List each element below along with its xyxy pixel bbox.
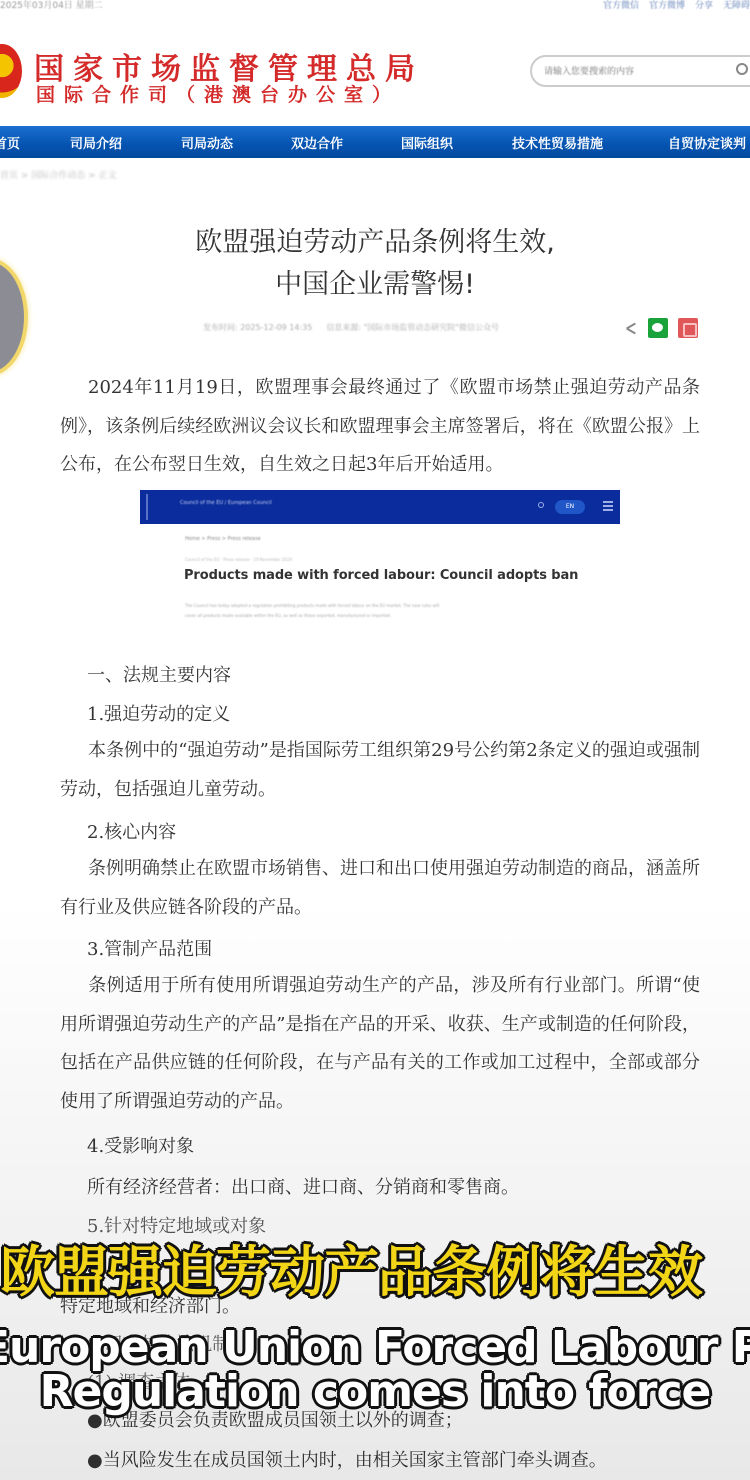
nav-item-fta[interactable]: 自贸协定谈判 bbox=[668, 133, 746, 152]
eu-body-text: The Council has today adopted a regulati… bbox=[185, 601, 445, 621]
weibo-link[interactable]: 官方微博 bbox=[649, 0, 685, 11]
subheading-definition: 1.强迫劳动的定义 bbox=[87, 700, 230, 726]
eu-breadcrumb: Home > Press > Press release bbox=[185, 536, 261, 542]
eu-headline: Products made with forced labour: Counci… bbox=[184, 568, 578, 583]
subheading-affected-parties: 4.受影响对象 bbox=[87, 1132, 194, 1158]
bullet-national-authority: ●当风险发生在成员国领土内时，由相关国家主管部门牵头调查。 bbox=[87, 1446, 607, 1472]
nav-item-tbt[interactable]: 技术性贸易措施 bbox=[512, 133, 603, 152]
intro-paragraph: 2024年11月19日，欧盟理事会最终通过了《欧盟市场禁止强迫劳动产品条例》，该… bbox=[60, 369, 700, 485]
dept-name: 国际合作司（港澳台办公室） bbox=[36, 80, 400, 107]
title-line-1: 欧盟强迫劳动产品条例将生效, bbox=[0, 222, 750, 264]
nav-item-bilateral[interactable]: 双边合作 bbox=[291, 133, 343, 152]
nav-item-news[interactable]: 司局动态 bbox=[181, 133, 233, 152]
caption-chinese: 欧盟强迫劳动产品条例将生效 bbox=[0, 1228, 750, 1307]
eu-org-name: Council of the EU / European Council bbox=[180, 500, 272, 507]
source: "国际市场监管动态研究院"微信公众号 bbox=[364, 323, 499, 332]
nav-item-intl-orgs[interactable]: 国际组织 bbox=[401, 133, 453, 152]
accessibility-link[interactable]: 无障碍 bbox=[723, 0, 750, 11]
paragraph-core-content: 条例明确禁止在欧盟市场销售、进口和出口使用强迫劳动制造的商品，涵盖所有行业及供应… bbox=[60, 850, 700, 927]
weibo-share-icon[interactable] bbox=[678, 318, 698, 338]
article-meta: 发布时间: 2025-12-09 14:35 信息来源: "国际市场监管动态研究… bbox=[203, 322, 499, 333]
national-emblem-icon bbox=[0, 44, 22, 98]
embedded-eu-press-image: Council of the EU / European Council EN … bbox=[140, 490, 620, 645]
nav-item-home[interactable]: 首页 bbox=[0, 133, 20, 152]
share-icon[interactable] bbox=[624, 321, 638, 335]
eu-search-icon bbox=[538, 502, 544, 508]
site-header: 国家市场监督管理总局 国际合作司（港澳台办公室） bbox=[0, 30, 750, 120]
eu-header-bar: Council of the EU / European Council EN bbox=[140, 490, 620, 524]
share-bar bbox=[624, 318, 698, 338]
eu-menu-icon bbox=[603, 501, 613, 511]
top-utility-bar: 2025年03月04日 星期二 官方微信 官方微博 分享 无障碍 bbox=[0, 0, 750, 12]
eu-council-logo-icon bbox=[146, 494, 156, 520]
source-label: 信息来源: bbox=[326, 323, 361, 332]
wechat-share-icon[interactable] bbox=[648, 318, 668, 338]
section-heading-main-content: 一、法规主要内容 bbox=[87, 661, 231, 687]
share-link[interactable]: 分享 bbox=[695, 0, 713, 11]
paragraph-affected-parties: 所有经济经营者：出口商、进口商、分销商和零售商。 bbox=[87, 1173, 519, 1199]
title-line-2: 中国企业需警惕! bbox=[0, 264, 750, 306]
search-box[interactable] bbox=[530, 55, 750, 87]
eu-language-selector: EN bbox=[555, 500, 585, 514]
publish-time: 2025-12-09 14:35 bbox=[240, 323, 312, 332]
paragraph-product-scope: 条例适用于所有使用所谓强迫劳动生产的产品，涉及所有行业部门。所谓“使用所谓强迫劳… bbox=[60, 967, 700, 1121]
subheading-core-content: 2.核心内容 bbox=[87, 818, 176, 844]
article-title: 欧盟强迫劳动产品条例将生效, 中国企业需警惕! bbox=[0, 222, 750, 306]
eu-tag: Council of the EU · Press release · 19 N… bbox=[185, 557, 292, 562]
caption-english-line-2: Regulation comes into force bbox=[0, 1366, 750, 1417]
main-nav: 首页 司局介绍 司局动态 双边合作 国际组织 技术性贸易措施 自贸协定谈判 bbox=[0, 126, 750, 158]
utility-links: 官方微信 官方微博 分享 无障碍 bbox=[603, 0, 750, 11]
nav-item-about[interactable]: 司局介绍 bbox=[70, 133, 122, 152]
paragraph-definition: 本条例中的“强迫劳动”是指国际劳工组织第29号公约第2条定义的强迫或强制劳动，包… bbox=[60, 732, 700, 809]
subheading-product-scope: 3.管制产品范围 bbox=[87, 935, 212, 961]
wechat-link[interactable]: 官方微信 bbox=[603, 0, 639, 11]
breadcrumb[interactable]: 首页 > 国际合作动态 > 正文 bbox=[0, 168, 117, 181]
current-date: 2025年03月04日 星期二 bbox=[0, 0, 103, 11]
search-icon[interactable] bbox=[736, 63, 748, 75]
search-input[interactable] bbox=[532, 57, 722, 85]
publish-label: 发布时间: bbox=[203, 323, 238, 332]
